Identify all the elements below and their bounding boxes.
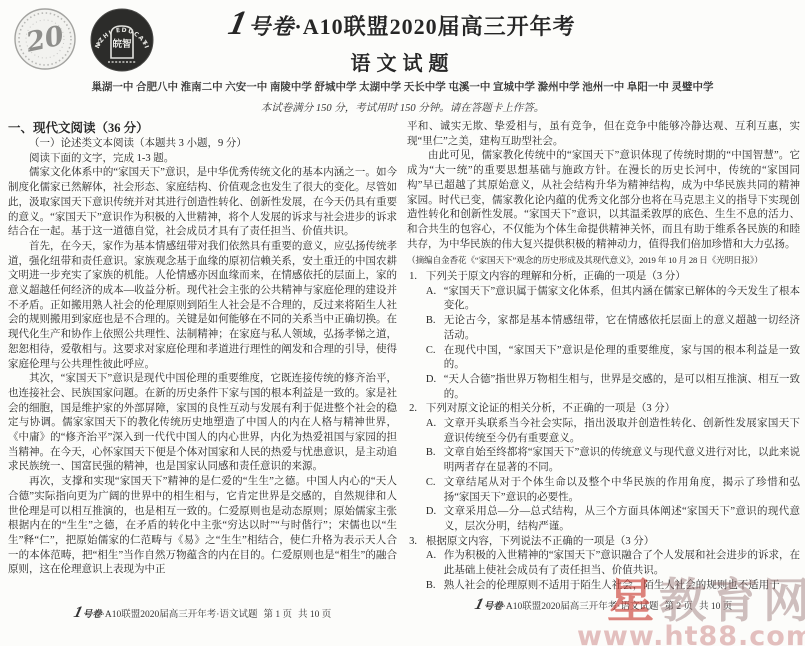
page-total: 共 10 页 (298, 610, 331, 620)
section-heading: 一、现代文阅读（36 分） (8, 120, 397, 137)
option-text: 文章开头联系当今社会实际，指出汲取并创造性转化、创新性发展家国天下意识传统至今仍… (444, 418, 800, 444)
participating-schools: 巢湖一中 合肥八中 淮南二中 六安一中 南陵中学 舒城中学 太湖中学 天长中学 … (0, 79, 805, 94)
yihaojuan-brand-logo: 1号卷 (229, 10, 294, 41)
page-number: 第 1 页 (263, 610, 292, 620)
question-number: 2. (409, 402, 417, 417)
page-total: 共 10 页 (699, 602, 732, 612)
page-2-column: 平和、诚实无欺、挚爱相与，虽有竞争，但在竞争中能够冷静达观、互利互惠，实现“里仁… (407, 120, 800, 604)
option-row: A.文章开头联系当今社会实际，指出汲取并创造性转化、创新性发展家国天下意识传统至… (407, 417, 800, 446)
option-text: 文章结尾从对于个体生命以及整个中华民族的作用角度，揭示了珍惜和弘扬“家国天下”意… (444, 477, 800, 503)
option-row: B.文章自始至终都将“家国天下”意识的传统意义与现代意义进行对比，以此来说明两者… (407, 446, 800, 475)
yihaojuan-brand-logo: 1号卷 (74, 606, 102, 620)
option-label: B. (426, 314, 436, 329)
yihaojuan-brand-logo: 1号卷 (475, 598, 503, 612)
option-text: 作为积极的入世精神的“家国天下”意识融合了个人发展和社会进步的诉求，在此基础上使… (444, 550, 800, 576)
brand-haojuan: 号卷 (248, 14, 294, 39)
footer-exam-name: ·A10联盟2020届高三开年考·语文试题 (102, 610, 258, 620)
question-stem: 下列关于原文内容的理解和分析，正确的一项是（3 分） (426, 271, 686, 282)
option-text: “家国天下”意识属于儒家文化体系，但其内涵在儒家已解体的今天发生了根本变化。 (444, 286, 800, 312)
option-row: A.“家国天下”意识属于儒家文化体系，但其内涵在儒家已解体的今天发生了根本变化。 (407, 285, 800, 314)
passage-paragraph: 由此可见，儒家教化传统中的“家国天下”意识体现了传统时期的“中国智慧”。它成为“… (407, 149, 800, 252)
watermark-site-url: www.ht88.com (577, 623, 805, 646)
question-number: 3. (409, 535, 417, 550)
option-row: C.文章结尾从对于个体生命以及整个中华民族的作用角度，揭示了珍惜和弘扬“家国天下… (407, 476, 800, 505)
option-text: 无论古今，家都是基本情感纽带，它在情感依托层面上的意义超越一切经济活动。 (444, 315, 800, 341)
page-1-footer: 1号卷·A10联盟2020届高三开年考·语文试题第 1 页共 10 页 (8, 606, 397, 620)
page-number: 第 2 页 (664, 602, 693, 612)
option-row: C.在现代中国，“家国天下”意识是伦理的重要维度，家与国的根本利益是一致的。 (407, 344, 800, 373)
page-1-column: 一、现代文阅读（36 分） （一）论述类文本阅读（本题共 3 小题，9 分） 阅… (8, 120, 397, 604)
option-text: 熟人社会的伦理原则不适用于陌生人社会，陌生人社会的规则也不适用于 (444, 580, 780, 591)
page-2-footer: 1号卷·A10联盟2020届高三开年考·语文试题第 2 页共 10 页 (407, 598, 800, 612)
option-row: A.作为积极的入世精神的“家国天下”意识融合了个人发展和社会进步的诉求，在此基础… (407, 549, 800, 578)
passage-paragraph-continuation: 平和、诚实无欺、挚爱相与，虽有竞争，但在竞争中能够冷静达观、互利互惠，实现“里仁… (407, 120, 800, 149)
option-row: D.文章采用总—分—总式结构，从三个方面具体阐述“家国天下”意识的现代意义，层次… (407, 505, 800, 534)
exam-notice: 本试卷满分 150 分，考试用时 150 分钟。请在答题卡上作答。 (0, 100, 805, 115)
svg-text:★: ★ (142, 40, 147, 47)
exam-name: ·A10联盟2020届高三开年考 (294, 14, 575, 39)
option-label: D. (426, 373, 436, 388)
option-text: 在现代中国，“家国天下”意识是伦理的重要维度，家与国的根本利益是一致的。 (444, 345, 800, 371)
question-stem: 根据原文内容，下列说法不正确的一项是（3 分） (426, 536, 654, 547)
passage-source-citation: （摘编自金香花《“家国天下”观念的历史形成及其现代意义》，2019 年 10 月… (407, 253, 800, 268)
exam-paper-page: 20 WANZHI EDUCATION ★ ★ 皖智 1号卷·A10联盟2020 (0, 0, 805, 646)
question-stem: 下列对原文论证的相关分析，不正确的一项是（3 分） (426, 403, 675, 414)
option-label: C. (426, 344, 436, 359)
subject-title: 语文试题 (0, 47, 805, 76)
passage-paragraph: 其次，“家国天下”意识是现代中国伦理的重要维度，它既连接传统的修齐治平，也连接社… (8, 372, 397, 475)
option-label: A. (426, 417, 436, 432)
reading-instruction: 阅读下面的文字，完成 1-3 题。 (8, 152, 397, 167)
option-label: A. (426, 285, 436, 300)
passage-paragraph: 儒家文化体系中的“家国天下”意识，是中华优秀传统文化的基本内涵之一。如今制度化儒… (8, 166, 397, 240)
option-row: B.无论古今，家都是基本情感纽带，它在情感依托层面上的意义超越一切经济活动。 (407, 314, 800, 343)
question-3: 3.根据原文内容，下列说法不正确的一项是（3 分） A.作为积极的入世精神的“家… (407, 535, 800, 594)
subsection-heading: （一）论述类文本阅读（本题共 3 小题，9 分） (8, 137, 397, 152)
option-label: C. (426, 476, 436, 491)
question-number: 1. (409, 270, 417, 285)
option-label: A. (426, 549, 436, 564)
option-label: B. (426, 446, 436, 461)
passage-paragraph: 再次，支撑和实现“家国天下”精神的是仁爱的“生生”之德。中国人内心的“天人合德”… (8, 475, 397, 578)
question-1: 1.下列关于原文内容的理解和分析，正确的一项是（3 分） A.“家国天下”意识属… (407, 270, 800, 402)
passage-paragraph: 首先，在今天，家作为基本情感纽带对我们依然具有重要的意义，应弘扬传统孝道，强化纽… (8, 240, 397, 372)
svg-text:★: ★ (96, 40, 101, 47)
footer-exam-name: ·A10联盟2020届高三开年考·语文试题 (503, 602, 659, 612)
option-row: D.“天人合德”指世界万物相生相与，世界是交感的，是可以相互推演、相互一致的。 (407, 373, 800, 402)
option-row: B.熟人社会的伦理原则不适用于陌生人社会，陌生人社会的规则也不适用于 (407, 579, 800, 594)
exam-header-title: 1号卷·A10联盟2020届高三开年考 (0, 10, 805, 41)
option-text: 文章采用总—分—总式结构，从三个方面具体阐述“家国天下”意识的现代意义，层次分明… (444, 506, 800, 532)
option-text: 文章自始至终都将“家国天下”意识的传统意义与现代意义进行对比，以此来说明两者存在… (444, 447, 800, 473)
option-text: “天人合德”指世界万物相生相与，世界是交感的，是可以相互推演、相互一致的。 (444, 374, 800, 400)
option-label: D. (426, 505, 436, 520)
option-label: B. (426, 579, 436, 594)
question-2: 2.下列对原文论证的相关分析，不正确的一项是（3 分） A.文章开头联系当今社会… (407, 402, 800, 534)
